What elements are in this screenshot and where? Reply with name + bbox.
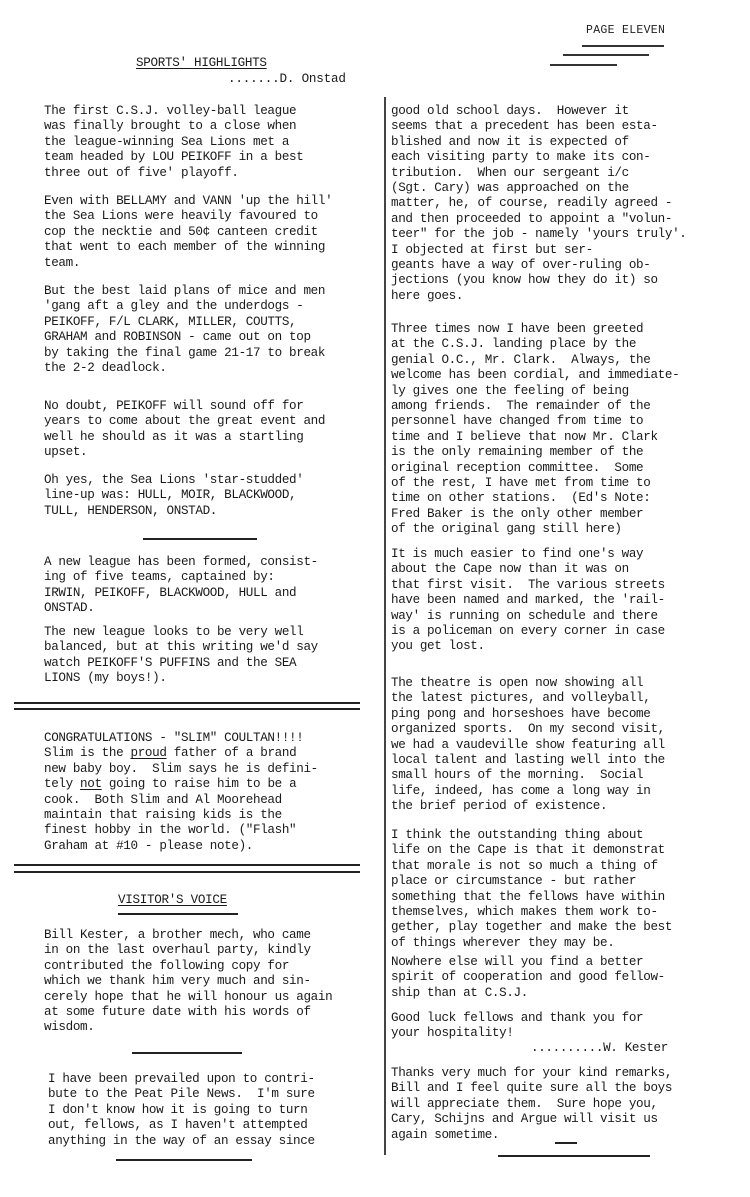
visitor-paragraph: Three times now I have been greeted at t… bbox=[391, 322, 679, 538]
sports-paragraph: No doubt, PEIKOFF will sound off for yea… bbox=[44, 399, 325, 461]
signature: ..........W. Kester bbox=[531, 1041, 668, 1056]
closing-rule bbox=[498, 1155, 650, 1157]
league-paragraph: The new league looks to be very well bal… bbox=[44, 625, 318, 687]
section-rule bbox=[132, 1052, 242, 1054]
emphasis-proud: proud bbox=[131, 746, 167, 760]
sports-title: SPORTS' HIGHLIGHTS bbox=[136, 56, 267, 71]
sports-paragraph: Even with BELLAMY and VANN 'up the hill'… bbox=[44, 194, 332, 271]
column-divider bbox=[384, 97, 386, 1155]
congrats-block: CONGRATULATIONS - "SLIM" COULTAN!!!! Sli… bbox=[44, 731, 318, 854]
sports-byline: .......D. Onstad bbox=[228, 72, 346, 87]
visitor-title: VISITOR'S VOICE bbox=[118, 893, 227, 908]
sports-paragraph: The first C.S.J. volley-ball league was … bbox=[44, 104, 303, 181]
league-paragraph: A new league has been formed, consist- i… bbox=[44, 555, 318, 617]
left-column: SPORTS' HIGHLIGHTS .......D. Onstad The … bbox=[44, 0, 374, 524]
visitor-paragraph: Nowhere else will you find a better spir… bbox=[391, 955, 665, 1001]
congrats-headline: CONGRATULATIONS - "SLIM" COULTAN!!!! bbox=[44, 731, 303, 745]
right-column: good old school days. However it seems t… bbox=[391, 0, 727, 216]
visitor-paragraph: good old school days. However it seems t… bbox=[391, 104, 687, 304]
double-rule-top bbox=[14, 864, 360, 866]
visitor-paragraph: The theatre is open now showing all the … bbox=[391, 676, 665, 815]
editor-reply: Thanks very much for your kind remarks, … bbox=[391, 1066, 672, 1143]
closing-rule bbox=[555, 1142, 577, 1144]
visitor-paragraph: I think the outstanding thing about life… bbox=[391, 828, 672, 951]
double-rule-top bbox=[14, 702, 360, 704]
section-rule bbox=[116, 1159, 252, 1161]
double-rule-bottom bbox=[14, 871, 360, 873]
section-rule bbox=[143, 538, 257, 540]
sports-paragraph: But the best laid plans of mice and men … bbox=[44, 284, 325, 376]
sports-paragraph: Oh yes, the Sea Lions 'star-studded' lin… bbox=[44, 473, 303, 519]
visitor-paragraph: Good luck fellows and thank you for your… bbox=[391, 1011, 643, 1042]
title-rule bbox=[118, 913, 238, 915]
visitor-paragraph: It is much easier to find one's way abou… bbox=[391, 547, 665, 655]
emphasis-not: not bbox=[80, 777, 102, 791]
visitor-intro: Bill Kester, a brother mech, who came in… bbox=[44, 928, 332, 1036]
visitor-opening: I have been prevailed upon to contri- bu… bbox=[48, 1072, 315, 1149]
double-rule-bottom bbox=[14, 708, 360, 710]
